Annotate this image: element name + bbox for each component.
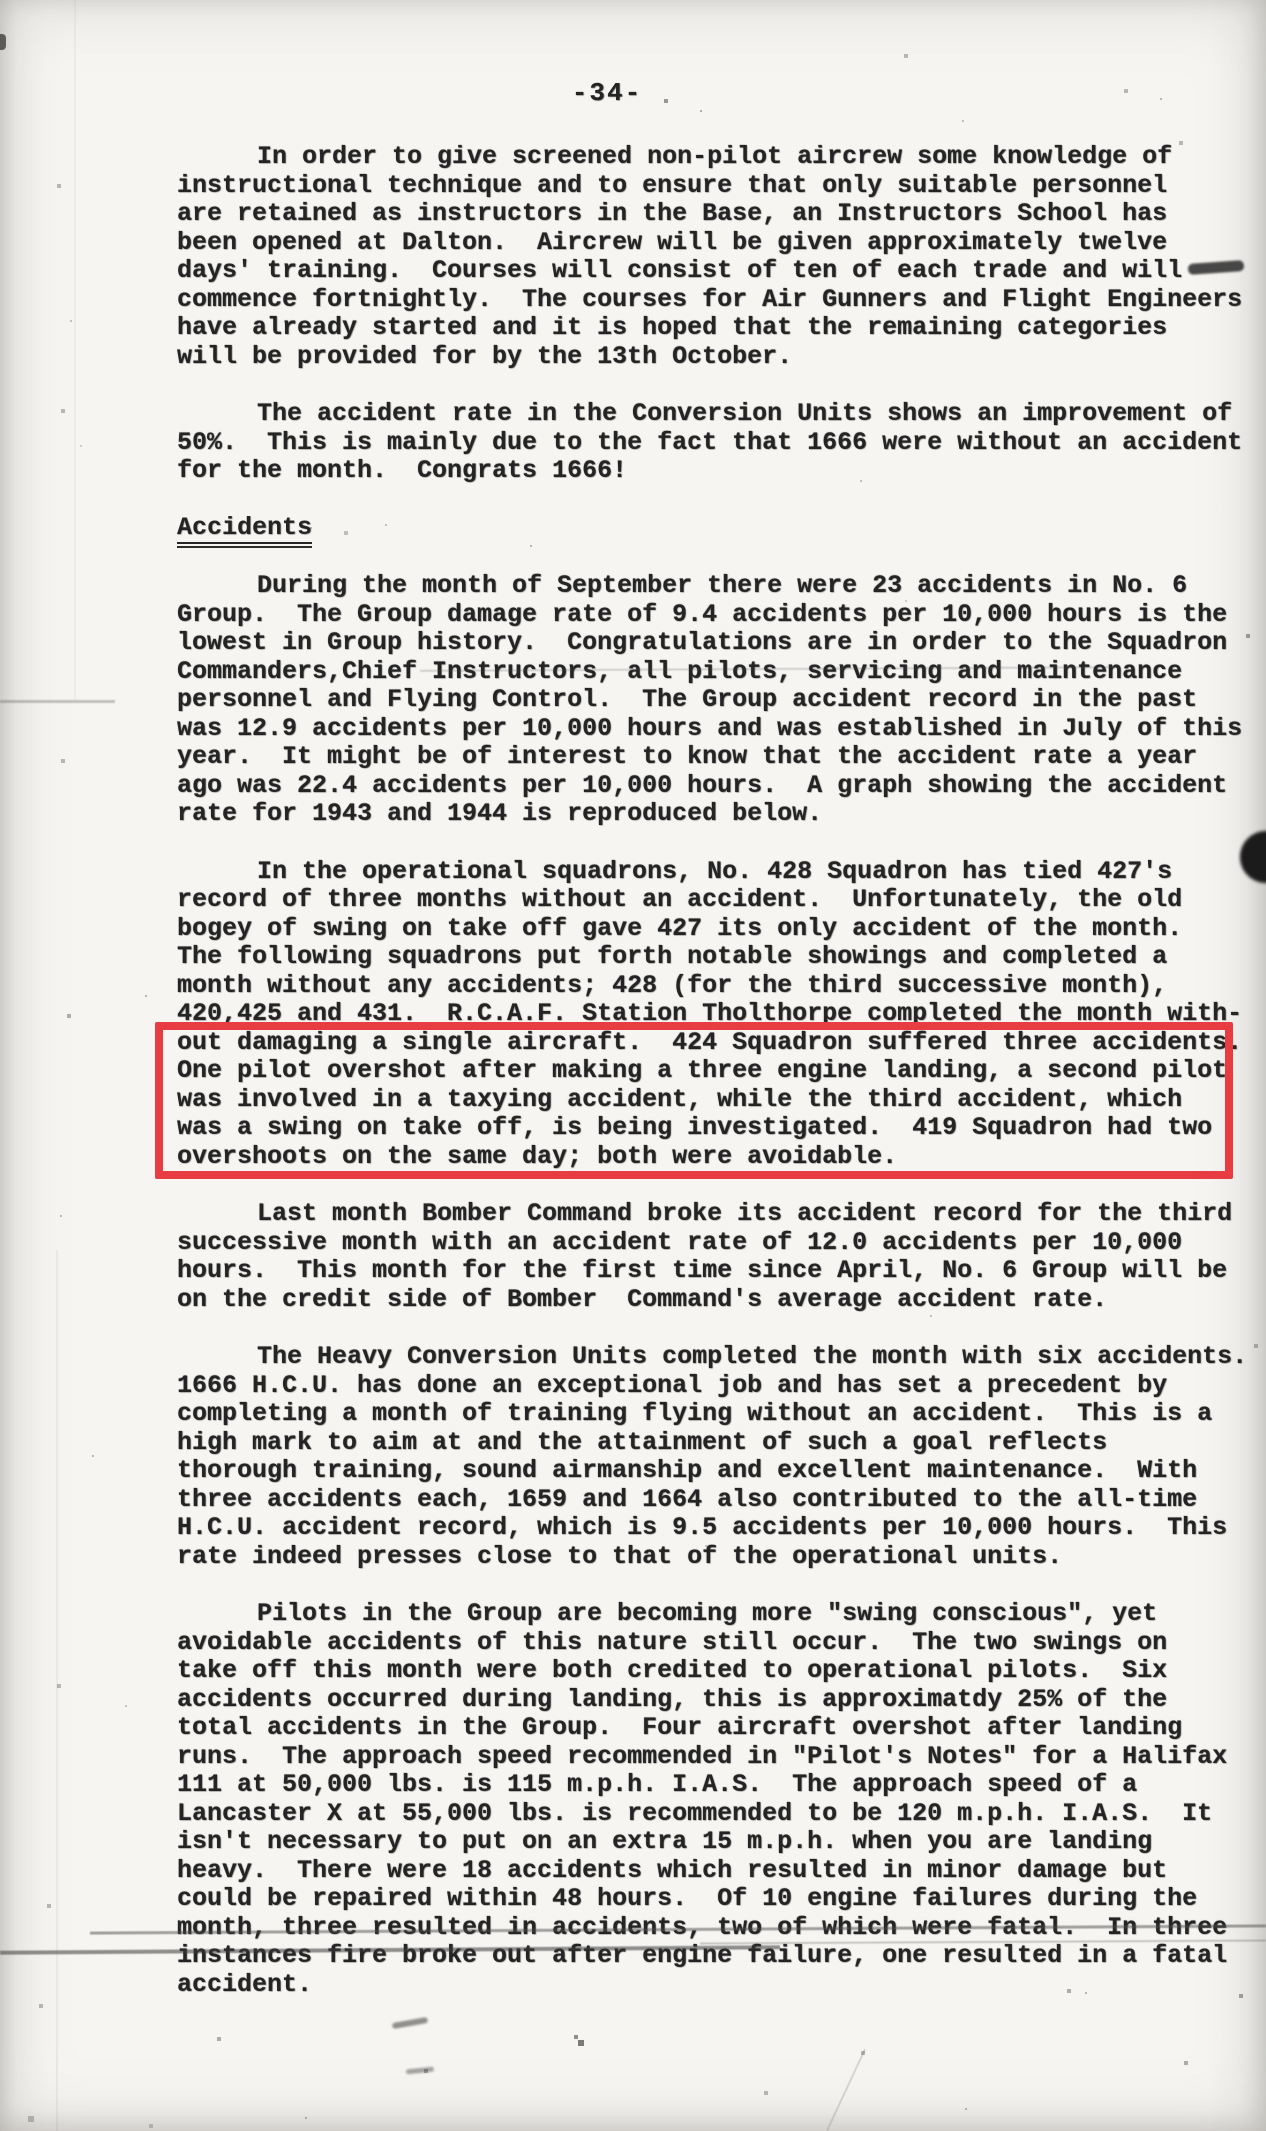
paper-crease-left-upper xyxy=(74,0,76,700)
paper-speckle-noise xyxy=(0,0,2,2)
paragraph-bomber-command-record: Last month Bomber Command broke its acci… xyxy=(177,1200,1257,1314)
scan-streak-left-margin xyxy=(0,700,115,703)
section-heading-accidents: Accidents xyxy=(177,515,1257,544)
heading-underline: Accidents xyxy=(177,515,312,548)
paper-scratch-bottom xyxy=(826,2049,866,2131)
heading-text: Accidents xyxy=(177,515,312,544)
paragraph-conversion-units-rate: The accident rate in the Conversion Unit… xyxy=(177,400,1257,486)
paragraph-operational-squadrons: In the operational squadrons, No. 428 Sq… xyxy=(177,858,1257,1172)
ink-smudge-bottom-2 xyxy=(406,2067,434,2075)
scan-artifact-corner-mark xyxy=(0,34,6,50)
document-body: In order to give screened non-pilot airc… xyxy=(177,143,1257,2028)
paper-crease-left-lower xyxy=(56,1250,58,2131)
paragraph-instructors-school: In order to give screened non-pilot airc… xyxy=(177,143,1257,371)
page-number: -34- xyxy=(552,78,662,108)
scanned-document-page: -34- In order to give screened non-pilot… xyxy=(0,0,1266,2131)
paragraph-september-accidents: During the month of September there were… xyxy=(177,572,1257,829)
paragraph-heavy-conversion-units: The Heavy Conversion Units completed the… xyxy=(177,1343,1257,1571)
paragraph-swing-conscious-pilots: Pilots in the Group are becoming more "s… xyxy=(177,1600,1257,1999)
